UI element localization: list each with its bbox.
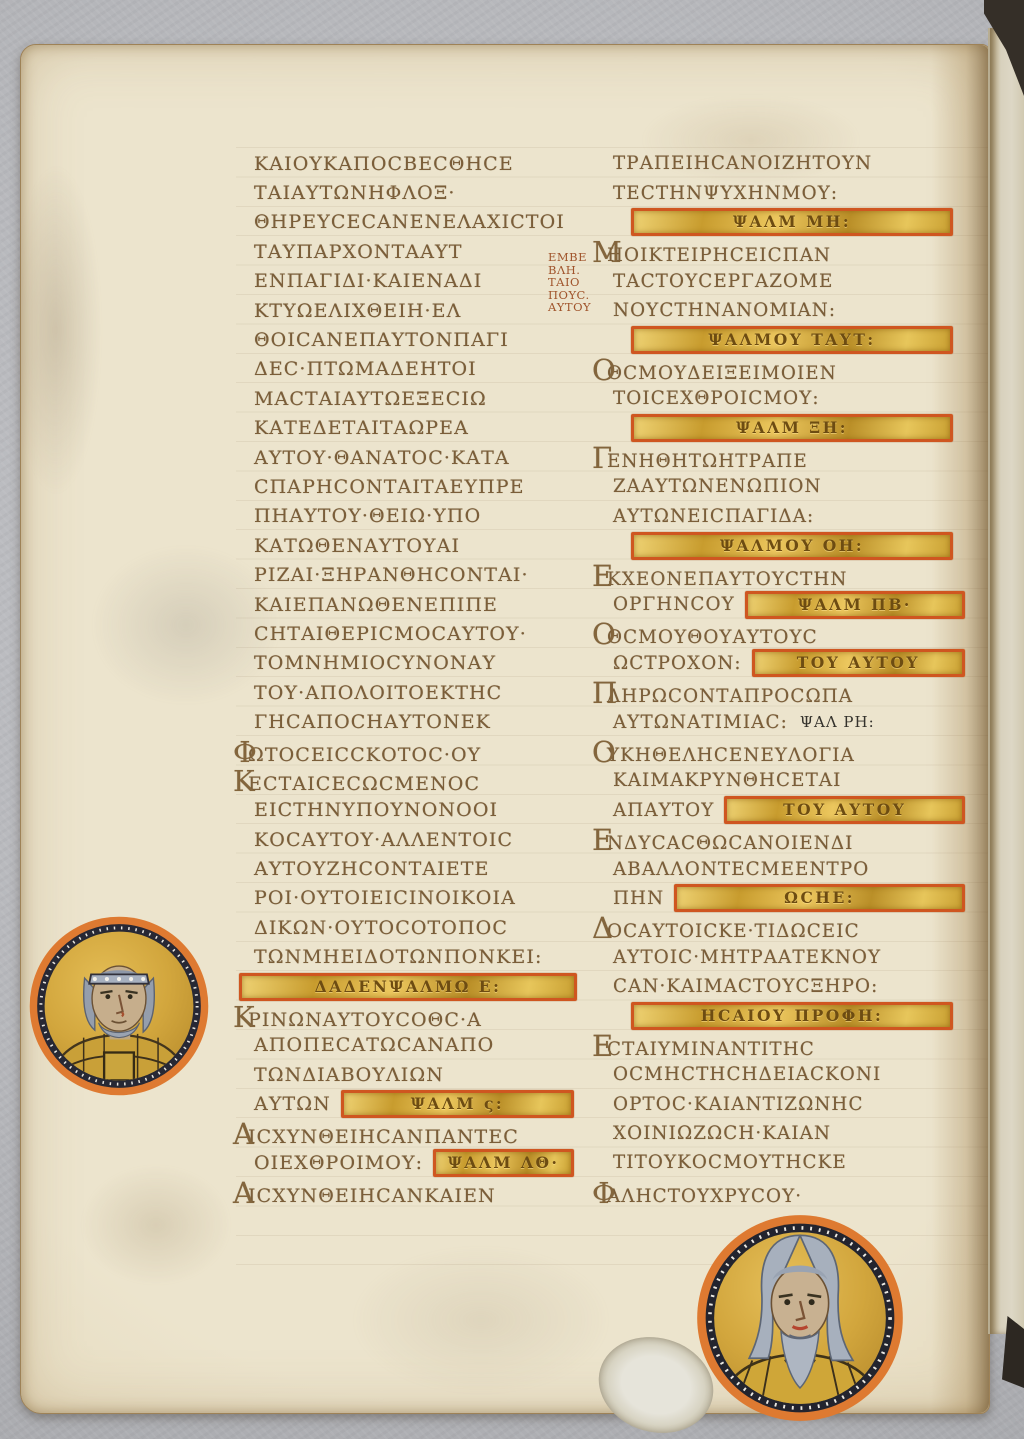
line-text: ΑΙCΧΥΝΘΕΙΗCΑΝΚΑΙΕΝ bbox=[254, 1178, 496, 1207]
gold-rubric-band: ΤΟΥ ΑΥΤΟΥ bbox=[724, 796, 965, 824]
line-text: ΠΛΗΡΩCΟΝΤΑΠΡΟCΩΠΑ bbox=[613, 678, 853, 707]
line-text: ΟCΜΗCΤΗCΗΔΕΙΑCΚΟΝΙ bbox=[613, 1064, 881, 1085]
text-line: ΤΡΑΠΕΙΗCΑΝΟΙΖΗΤΟΥΝ bbox=[613, 149, 965, 178]
text-line: ΟΡΓΗΝCΟΥΨΑΛΜ ΠΒ· bbox=[613, 590, 965, 619]
line-text: ΚΡΙΝΩΝΑΥΤΟΥCΟΘC·Α bbox=[254, 1002, 482, 1031]
line-text: ΚΟCΑΥΤΟΥ·ΑΛΛΕΝΤΟΙC bbox=[254, 829, 513, 851]
line-text: ΑΠΑΥΤΟΥ bbox=[613, 800, 714, 821]
line-text: ΕΝΔΥCΑCΘΩCΑΝΟΙΕΝΔΙ bbox=[613, 825, 853, 854]
line-text: ΟΙΕΧΘΡΟΙΜΟΥ: bbox=[254, 1152, 423, 1174]
line-text: ΦΑΛΗCΤΟΥΧΡΥCΟΥ· bbox=[613, 1178, 802, 1207]
text-line: ΤΩΝΔΙΑΒΟΥΛΙΩΝ bbox=[254, 1060, 574, 1089]
enlarged-initial: Γ bbox=[592, 444, 607, 473]
line-text: ΘΟΙCΑΝΕΠΑΥΤΟΝΠΑΓΙ bbox=[254, 329, 509, 351]
line-text: ΔΕC·ΠΤΩΜΑΔΕΗΤΟΙ bbox=[254, 358, 477, 380]
line-text: ΝΟΥCΤΗΝΑΝΟΜΙΑΝ: bbox=[613, 300, 836, 321]
text-line: ΤΟΜΝΗΜΙΟCΥΝΟΝΑΥ bbox=[254, 649, 574, 678]
text-line: ΜΗΟΙΚΤΕΙΡΗCΕΙCΠΑΝ bbox=[613, 237, 965, 266]
line-text: ΤΟΜΝΗΜΙΟCΥΝΟΝΑΥ bbox=[254, 652, 496, 674]
text-line: ΚΑΙΟΥΚΑΠΟCΒΕCΘΗCΕ bbox=[254, 149, 574, 178]
text-line: ΑΥΤΩΝΕΙCΠΑΓΙΔΑ: bbox=[613, 502, 965, 531]
text-line: ΝΟΥCΤΗΝΑΝΟΜΙΑΝ: bbox=[613, 296, 965, 325]
enlarged-initial: Φ bbox=[233, 738, 248, 767]
text-line: ΚΡΙΝΩΝΑΥΤΟΥCΟΘC·Α bbox=[254, 1001, 574, 1030]
text-line: ΤΑΥΠΑΡΧΟΝΤΑΑΥΤ bbox=[254, 237, 574, 266]
enlarged-initial: Α bbox=[233, 1179, 248, 1208]
text-line: ΘΟΙCΑΝΕΠΑΥΤΟΝΠΑΓΙ bbox=[254, 325, 574, 354]
text-line: ΓΕΝΗΘΗΤΩΗΤΡΑΠΕ bbox=[613, 443, 965, 472]
rubric-band-row: ΨΑΛΜ ΜΗ: bbox=[613, 208, 965, 237]
text-line: ΤΑΙΑΥΤΩΝΗΦΛΟΞ· bbox=[254, 178, 574, 207]
line-text: ΑΥΤΩΝ bbox=[254, 1093, 331, 1115]
line-text: ΤΙΤΟΥΚΟCΜΟΥΤΗCΚΕ bbox=[613, 1152, 847, 1173]
manuscript-photo: { "artifact": { "kind": "illuminated Gre… bbox=[0, 0, 1024, 1439]
line-text: ΟΘCΜΟΥΘΟΥΑΥΤΟΥC bbox=[613, 619, 818, 648]
text-line: ΚΑΙΕΠΑΝΩΘΕΝΕΠΙΠΕ bbox=[254, 590, 574, 619]
gold-rubric-band: ΔΑΔΕΝΨΑΛΜΩ Ε: bbox=[239, 973, 577, 1001]
line-text: CΗΤΑΙΘΕΡΙCΜΟCΑΥΤΟΥ· bbox=[254, 623, 527, 645]
line-text: ΤΑΥΠΑΡΧΟΝΤΑΑΥΤ bbox=[254, 241, 462, 263]
text-line: ΓΗCΑΠΟCΗΑΥΤΟΝΕΚ bbox=[254, 707, 574, 736]
text-line: ΕΙCΤΗΝΥΠΟΥΝΟΝΟΟΙ bbox=[254, 796, 574, 825]
text-line: ΕΝΔΥCΑCΘΩCΑΝΟΙΕΝΔΙ bbox=[613, 825, 965, 854]
stain bbox=[91, 545, 281, 705]
enlarged-initial: Ο bbox=[592, 620, 607, 649]
text-line: ΠΗΝΩCΗΕ: bbox=[613, 884, 965, 913]
gold-rubric-band: ΤΟΥ ΑΥΤΟΥ bbox=[752, 649, 965, 677]
text-line: CΠΑΡΗCΟΝΤΑΙΤΑΕΥΠΡΕ bbox=[254, 472, 574, 501]
rubric-band-row: ΗCΑΙΟΥ ΠΡΟΦΗ: bbox=[613, 1001, 965, 1030]
enlarged-initial: Δ bbox=[592, 914, 607, 943]
text-line: ΤΟΙCΕΧΘΡΟΙCΜΟΥ: bbox=[613, 384, 965, 413]
line-text: ΕΚΧΕΟΝΕΠΑΥΤΟΥCΤΗΝ bbox=[613, 561, 848, 590]
line-text: ΓΕΝΗΘΗΤΩΗΤΡΑΠΕ bbox=[613, 443, 808, 472]
line-text: ΠΗΑΥΤΟΥ·ΘΕΙΩ·ΥΠΟ bbox=[254, 505, 481, 527]
text-line: ΑΥΤΟΥΖΗCΟΝΤΑΙΕΤΕ bbox=[254, 854, 574, 883]
text-line: ΦΩΤΟCΕΙCCΚΟΤΟC·ΟΥ bbox=[254, 737, 574, 766]
text-line: ΚΟCΑΥΤΟΥ·ΑΛΛΕΝΤΟΙC bbox=[254, 825, 574, 854]
gold-rubric-band: ΗCΑΙΟΥ ΠΡΟΦΗ: bbox=[631, 1002, 953, 1030]
text-line: ΑΥΤΟΥ·ΘΑΝΑΤΟC·ΚΑΤΑ bbox=[254, 443, 574, 472]
line-text: ΑΥΤΟΥ·ΘΑΝΑΤΟC·ΚΑΤΑ bbox=[254, 447, 510, 469]
line-text: ΑΥΤΟΥΖΗCΟΝΤΑΙΕΤΕ bbox=[254, 858, 489, 880]
stain bbox=[11, 165, 101, 495]
text-line: ΑΠΑΥΤΟΥΤΟΥ ΑΥΤΟΥ bbox=[613, 796, 965, 825]
line-text: ΕΙCΤΗΝΥΠΟΥΝΟΝΟΟΙ bbox=[254, 799, 498, 821]
enlarged-initial: Π bbox=[592, 679, 607, 708]
line-text: ΜΑCΤΑΙΑΥΤΩΕΞΕCΙΩ bbox=[254, 388, 487, 410]
text-line: ΧΟΙΝΙΩΖΩCΗ·ΚΑΙΑΝ bbox=[613, 1119, 965, 1148]
gold-rubric-band: ΨΑΛΜ ΞΗ: bbox=[631, 414, 953, 442]
text-line: ΜΑCΤΑΙΑΥΤΩΕΞΕCΙΩ bbox=[254, 384, 574, 413]
enlarged-initial: Κ bbox=[233, 767, 248, 796]
line-text: ΕΝΠΑΓΙΔΙ·ΚΑΙΕΝΑΔΙ bbox=[254, 270, 482, 292]
stain bbox=[351, 1245, 611, 1395]
text-line: ΑΠΟΠΕCΑΤΩCΑΝΑΠΟ bbox=[254, 1031, 574, 1060]
line-text: ΤΩΝΔΙΑΒΟΥΛΙΩΝ bbox=[254, 1064, 444, 1086]
line-text: ΤΟΙCΕΧΘΡΟΙCΜΟΥ: bbox=[613, 388, 820, 409]
gloss-line: ΕΜΒΕ bbox=[548, 251, 591, 264]
enlarged-initial: Φ bbox=[592, 1179, 607, 1208]
line-text: ΑΙCΧΥΝΘΕΙΗCΑΝΠΑΝΤΕC bbox=[254, 1119, 519, 1148]
line-text: ΡΟΙ·ΟΥΤΟΙΕΙCΙΝΟΙΚΟΙΑ bbox=[254, 887, 516, 909]
line-text: ΟΥΚΗΘΕΛΗCΕΝΕΥΛΟΓΙΑ bbox=[613, 737, 855, 766]
text-line: ΟΘCΜΟΥΔΕΙΞΕΙΜΟΙΕΝ bbox=[613, 355, 965, 384]
line-text: ΚΑΙΜΑΚΡΥΝΘΗCΕΤΑΙ bbox=[613, 770, 842, 791]
text-line: ΤΕCΤΗΝΨΥΧΗΝΜΟΥ: bbox=[613, 178, 965, 207]
gold-rubric-band: ΨΑΛΜ ΜΗ: bbox=[631, 208, 953, 236]
rubric-band-row: ΨΑΛΜΟΥ ΟΗ: bbox=[613, 531, 965, 560]
enlarged-initial: Α bbox=[233, 1120, 248, 1149]
line-text: ΑΒΑΛΛΟΝΤΕCΜΕΕΝΤΡΟ bbox=[613, 859, 869, 880]
text-line: ΚΕCΤΑΙCΕCΩCΜΕΝΟC bbox=[254, 766, 574, 795]
line-text: ΑΥΤΟΙC·ΜΗΤΡΑΑΤΕΚΝΟΥ bbox=[613, 947, 881, 968]
text-line: ΟΙΕΧΘΡΟΙΜΟΥ:ΨΑΛΜ ΛΘ· bbox=[254, 1148, 574, 1177]
line-text: ΤΕCΤΗΝΨΥΧΗΝΜΟΥ: bbox=[613, 183, 838, 204]
text-line: ΠΛΗΡΩCΟΝΤΑΠΡΟCΩΠΑ bbox=[613, 678, 965, 707]
line-text: CΑΝ·ΚΑΙΜΑCΤΟΥCΞΗΡΟ: bbox=[613, 976, 878, 997]
rubric-band-row: ΨΑΛΜ ΞΗ: bbox=[613, 414, 965, 443]
text-line: ΤΙΤΟΥΚΟCΜΟΥΤΗCΚΕ bbox=[613, 1148, 965, 1177]
text-line: ΩCΤΡΟΧΟΝ:ΤΟΥ ΑΥΤΟΥ bbox=[613, 649, 965, 678]
text-line: ΤΟΥ·ΑΠΟΛΟΙΤΟΕΚΤΗC bbox=[254, 678, 574, 707]
line-text: ΑΠΟΠΕCΑΤΩCΑΝΑΠΟ bbox=[254, 1034, 494, 1056]
text-line: ΑΥΤΟΙC·ΜΗΤΡΑΑΤΕΚΝΟΥ bbox=[613, 943, 965, 972]
enlarged-initial: Ο bbox=[592, 738, 607, 767]
text-line: ΘΗΡΕΥCΕCΑΝΕΝΕΛΑΧΙCΤΟΙ bbox=[254, 208, 574, 237]
rubric-band-row: ΔΑΔΕΝΨΑΛΜΩ Ε: bbox=[254, 972, 574, 1001]
enlarged-initial: Ο bbox=[592, 356, 607, 385]
text-line: ΑΙCΧΥΝΘΕΙΗCΑΝΠΑΝΤΕC bbox=[254, 1119, 574, 1148]
text-line: ΚΑΤΕΔΕΤΑΙΤΑΩΡΕΑ bbox=[254, 414, 574, 443]
text-line: CΑΝ·ΚΑΙΜΑCΤΟΥCΞΗΡΟ: bbox=[613, 972, 965, 1001]
gloss-line: ΑΥΤΟΥ bbox=[548, 301, 591, 314]
line-text: ΠΗΝ bbox=[613, 888, 664, 909]
line-text: ΤΩΝΜΗΕΙΔΟΤΩΝΠΟΝΚΕΙ: bbox=[254, 946, 542, 968]
marginal-gloss: ΕΜΒΕ ΒΛΗ. ΤΑΙΟ ΠΟΥC. ΑΥΤΟΥ bbox=[548, 251, 591, 314]
text-line: ΕCΤΑΙΥΜΙΝΑΝΤΙΤΗC bbox=[613, 1031, 965, 1060]
text-line: CΗΤΑΙΘΕΡΙCΜΟCΑΥΤΟΥ· bbox=[254, 619, 574, 648]
line-text: ΕCΤΑΙΥΜΙΝΑΝΤΙΤΗC bbox=[613, 1031, 815, 1060]
text-line: ΤΩΝΜΗΕΙΔΟΤΩΝΠΟΝΚΕΙ: bbox=[254, 943, 574, 972]
enlarged-initial: Ε bbox=[592, 1032, 607, 1061]
enlarged-initial: Ε bbox=[592, 562, 607, 591]
manuscript-page: ΕΜΒΕ ΒΛΗ. ΤΑΙΟ ΠΟΥC. ΑΥΤΟΥ ΚΑΙΟΥΚΑΠΟCΒΕC… bbox=[20, 44, 990, 1414]
rubric-band-row: ΨΑΛΜΟΥ ΤΑΥΤ: bbox=[613, 325, 965, 354]
text-line: ΔΕC·ΠΤΩΜΑΔΕΗΤΟΙ bbox=[254, 355, 574, 384]
line-text: ΓΗCΑΠΟCΗΑΥΤΟΝΕΚ bbox=[254, 711, 491, 733]
line-text: ΜΗΟΙΚΤΕΙΡΗCΕΙCΠΑΝ bbox=[613, 237, 831, 266]
text-line: ΚΑΤΩΘΕΝΑΥΤΟΥΑΙ bbox=[254, 531, 574, 560]
text-line: ΚΤΥΩΕΛΙΧΘΕΙΗ·ΕΛ bbox=[254, 296, 574, 325]
text-line: ΑΥΤΩΝΨΑΛΜ ς: bbox=[254, 1090, 574, 1119]
gold-rubric-band: ΨΑΛΜ ς: bbox=[341, 1090, 574, 1118]
crowned-king-bust-icon bbox=[26, 913, 212, 1099]
line-text: ΤΑCΤΟΥCΕΡΓΑΖΟΜΕ bbox=[613, 271, 833, 292]
line-text: ΔΙΚΩΝ·ΟΥΤΟCΟΤΟΠΟC bbox=[254, 917, 508, 939]
text-line: ΔΟCΑΥΤΟΙCΚΕ·ΤΙΔΩCΕΙC bbox=[613, 913, 965, 942]
gold-rubric-band: ΨΑΛΜ ΠΒ· bbox=[745, 591, 965, 619]
text-line: ΑΒΑΛΛΟΝΤΕCΜΕΕΝΤΡΟ bbox=[613, 854, 965, 883]
text-line: ΟΘCΜΟΥΘΟΥΑΥΤΟΥC bbox=[613, 619, 965, 648]
text-line: ΠΗΑΥΤΟΥ·ΘΕΙΩ·ΥΠΟ bbox=[254, 502, 574, 531]
line-text: ΡΙΖΑΙ·ΞΗΡΑΝΘΗCΟΝΤΑΙ· bbox=[254, 564, 529, 586]
gold-rubric-band: ΨΑΛΜΟΥ ΤΑΥΤ: bbox=[631, 326, 953, 354]
line-text: CΠΑΡΗCΟΝΤΑΙΤΑΕΥΠΡΕ bbox=[254, 476, 525, 498]
stain bbox=[81, 1165, 231, 1285]
line-text: ΟΘCΜΟΥΔΕΙΞΕΙΜΟΙΕΝ bbox=[613, 355, 837, 384]
line-text: ΩCΤΡΟΧΟΝ: bbox=[613, 653, 742, 674]
line-text: ΧΟΙΝΙΩΖΩCΗ·ΚΑΙΑΝ bbox=[613, 1123, 831, 1144]
line-text: ΚΑΤΩΘΕΝΑΥΤΟΥΑΙ bbox=[254, 535, 460, 557]
line-text: ΤΡΑΠΕΙΗCΑΝΟΙΖΗΤΟΥΝ bbox=[613, 153, 872, 174]
text-line: ΔΙΚΩΝ·ΟΥΤΟCΟΤΟΠΟC bbox=[254, 913, 574, 942]
line-text: ΑΥΤΩΝΕΙCΠΑΓΙΔΑ: bbox=[613, 506, 814, 527]
line-text: ΚΤΥΩΕΛΙΧΘΕΙΗ·ΕΛ bbox=[254, 300, 461, 322]
enlarged-initial: Μ bbox=[592, 238, 607, 267]
gold-rubric-band: ΨΑΛΜΟΥ ΟΗ: bbox=[631, 532, 953, 560]
text-line: ΡΙΖΑΙ·ΞΗΡΑΝΘΗCΟΝΤΑΙ· bbox=[254, 560, 574, 589]
line-text: ΚΑΙΕΠΑΝΩΘΕΝΕΠΙΠΕ bbox=[254, 594, 498, 616]
enlarged-initial: Κ bbox=[233, 1003, 248, 1032]
text-line: ΕΚΧΕΟΝΕΠΑΥΤΟΥCΤΗΝ bbox=[613, 560, 965, 589]
line-text: ΤΟΥ·ΑΠΟΛΟΙΤΟΕΚΤΗC bbox=[254, 682, 502, 704]
line-text: ΖΑΑΥΤΩΝΕΝΩΠΙΟΝ bbox=[613, 476, 822, 497]
text-line: ΟΥΚΗΘΕΛΗCΕΝΕΥΛΟΓΙΑ bbox=[613, 737, 965, 766]
line-text: ΟΡΤΟC·ΚΑΙΑΝΤΙΖΩΝΗC bbox=[613, 1094, 864, 1115]
gold-rubric-band: ΩCΗΕ: bbox=[674, 884, 965, 912]
text-line: ΕΝΠΑΓΙΔΙ·ΚΑΙΕΝΑΔΙ bbox=[254, 267, 574, 296]
next-leaf-edge bbox=[988, 28, 1024, 1334]
right-text-column: ΤΡΑΠΕΙΗCΑΝΟΙΖΗΤΟΥΝΤΕCΤΗΝΨΥΧΗΝΜΟΥ:ΨΑΛΜ ΜΗ… bbox=[613, 149, 965, 1207]
text-line: ΟΡΤΟC·ΚΑΙΑΝΤΙΖΩΝΗC bbox=[613, 1090, 965, 1119]
text-line: ΦΑΛΗCΤΟΥΧΡΥCΟΥ· bbox=[613, 1178, 965, 1207]
text-line: ΚΑΙΜΑΚΡΥΝΘΗCΕΤΑΙ bbox=[613, 766, 965, 795]
line-text: ΤΑΙΑΥΤΩΝΗΦΛΟΞ· bbox=[254, 182, 455, 204]
gloss-line: ΤΑΙΟ bbox=[548, 276, 591, 289]
left-text-column: ΚΑΙΟΥΚΑΠΟCΒΕCΘΗCΕΤΑΙΑΥΤΩΝΗΦΛΟΞ·ΘΗΡΕΥCΕCΑ… bbox=[254, 149, 574, 1207]
text-line: ΖΑΑΥΤΩΝΕΝΩΠΙΟΝ bbox=[613, 472, 965, 501]
line-text: ΚΑΤΕΔΕΤΑΙΤΑΩΡΕΑ bbox=[254, 417, 469, 439]
enlarged-initial: Ε bbox=[592, 826, 607, 855]
ink-psalm-reference: ΨΑΛ ΡΗ: bbox=[800, 713, 875, 731]
line-text: ΟΡΓΗΝCΟΥ bbox=[613, 594, 735, 615]
line-text: ΘΗΡΕΥCΕCΑΝΕΝΕΛΑΧΙCΤΟΙ bbox=[254, 211, 565, 233]
longhaired-prophet-bust-icon bbox=[694, 1212, 906, 1424]
text-line: ΤΑCΤΟΥCΕΡΓΑΖΟΜΕ bbox=[613, 267, 965, 296]
text-line: ΑΥΤΩΝΑΤΙΜΙΑC:ΨΑΛ ΡΗ: bbox=[613, 707, 965, 736]
line-text: ΔΟCΑΥΤΟΙCΚΕ·ΤΙΔΩCΕΙC bbox=[613, 913, 860, 942]
gold-rubric-band: ΨΑΛΜ ΛΘ· bbox=[433, 1149, 574, 1177]
line-text: ΚΕCΤΑΙCΕCΩCΜΕΝΟC bbox=[254, 766, 480, 795]
line-text: ΚΑΙΟΥΚΑΠΟCΒΕCΘΗCΕ bbox=[254, 153, 514, 175]
line-text: ΦΩΤΟCΕΙCCΚΟΤΟC·ΟΥ bbox=[254, 737, 481, 766]
line-text: ΑΥΤΩΝΑΤΙΜΙΑC: bbox=[613, 712, 788, 733]
text-line: ΟCΜΗCΤΗCΗΔΕΙΑCΚΟΝΙ bbox=[613, 1060, 965, 1089]
text-line: ΑΙCΧΥΝΘΕΙΗCΑΝΚΑΙΕΝ bbox=[254, 1178, 574, 1207]
text-line: ΡΟΙ·ΟΥΤΟΙΕΙCΙΝΟΙΚΟΙΑ bbox=[254, 884, 574, 913]
